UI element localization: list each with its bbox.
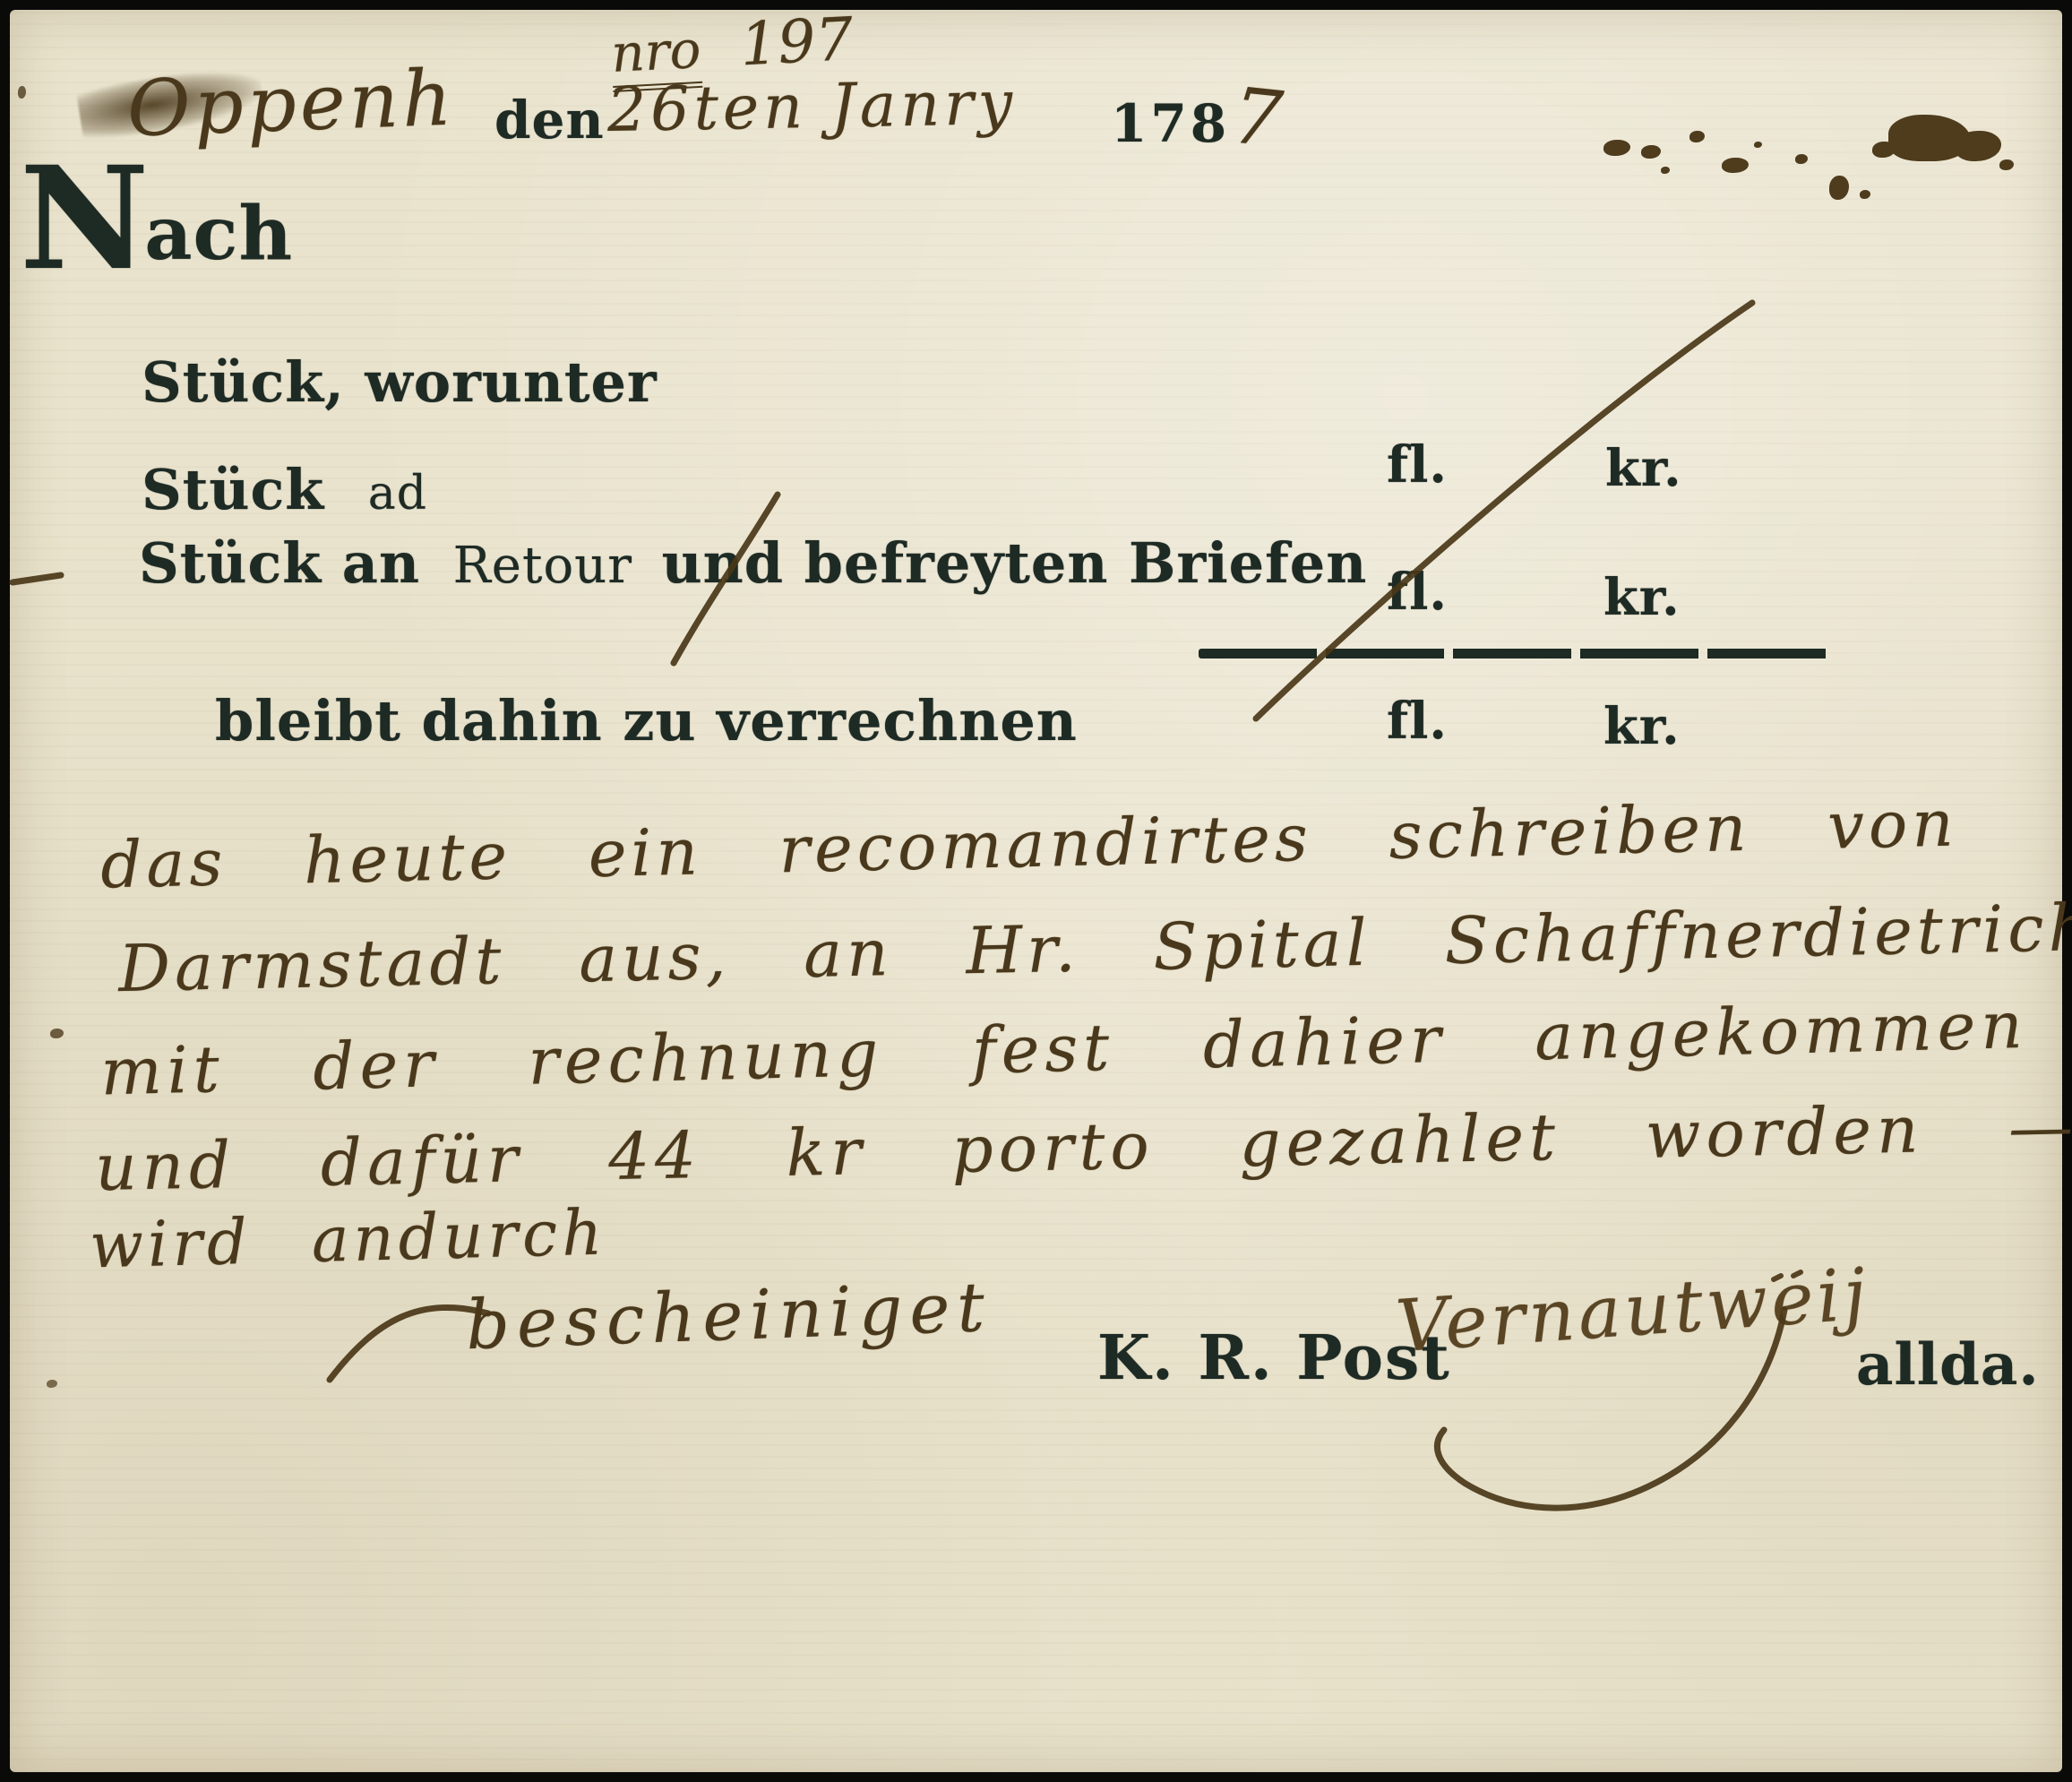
form-line-worunter: Stück, worunter bbox=[142, 349, 658, 415]
document-number-value: 197 bbox=[738, 4, 855, 79]
nach-heading: N ach bbox=[20, 159, 293, 280]
form-line-bleibt: bleibt dahin zu verrechnen bbox=[215, 688, 1078, 753]
nach-initial: N bbox=[20, 159, 150, 280]
form-line-ad-suffix: ad bbox=[368, 467, 427, 521]
form-line-ad: Stück ad bbox=[142, 457, 427, 522]
year-printed: 178 bbox=[1111, 93, 1230, 154]
currency-fl-row3: fl. bbox=[1387, 692, 1448, 751]
currency-fl-row1: fl. bbox=[1387, 435, 1448, 495]
place-handwritten: Oppenh bbox=[125, 54, 457, 155]
form-line-retour-suffix: und befreyten Briefen bbox=[662, 530, 1368, 596]
year-digit-handwritten: 7 bbox=[1228, 71, 1286, 165]
currency-kr-row1: kr. bbox=[1605, 439, 1682, 498]
currency-fl-row2: fl. bbox=[1387, 563, 1448, 622]
date-handwritten: 26ten Janry bbox=[606, 68, 1017, 146]
form-line-retour: Stück an Retour und befreyten Briefen bbox=[139, 530, 1367, 596]
form-line-retour-roman: Retour bbox=[453, 537, 632, 595]
ink-spatter bbox=[1603, 90, 2072, 215]
sum-rule bbox=[1199, 649, 1831, 659]
currency-kr-row2: kr. bbox=[1603, 568, 1681, 627]
den-printed: den bbox=[494, 90, 605, 151]
form-line-ad-stueck: Stück bbox=[142, 457, 324, 522]
nach-rest: ach bbox=[144, 197, 293, 271]
form-line-retour-prefix: Stück an bbox=[139, 530, 420, 596]
allda-printed: allda. bbox=[1856, 1331, 2040, 1399]
currency-kr-row3: kr. bbox=[1603, 697, 1681, 756]
note-line-5: wird andurch bbox=[89, 1195, 607, 1282]
